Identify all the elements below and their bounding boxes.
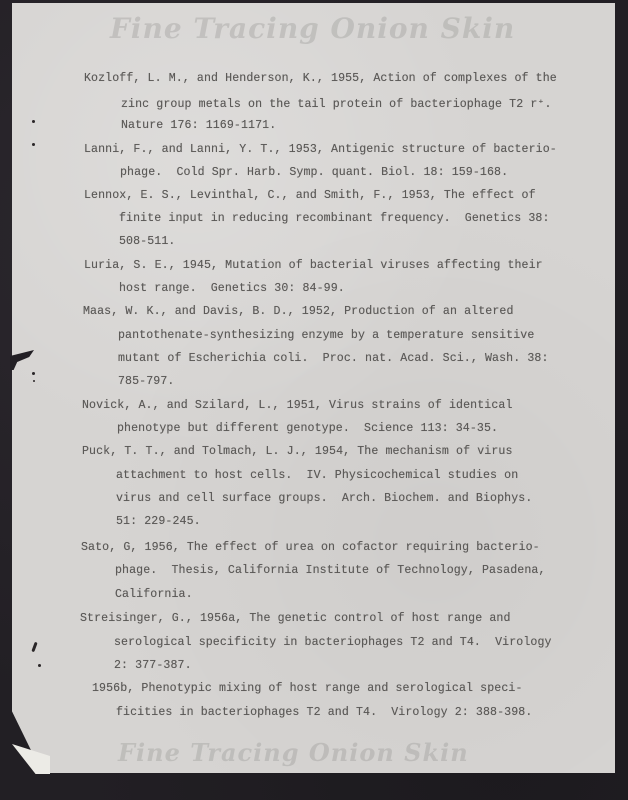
ink-mark [32, 120, 35, 123]
reference-line: Lennox, E. S., Levinthal, C., and Smith,… [84, 189, 536, 202]
reference-line: 51: 229-245. [116, 515, 201, 528]
reference-line: Streisinger, G., 1956a, The genetic cont… [80, 612, 511, 625]
ink-mark [33, 380, 35, 382]
paper-page [12, 3, 615, 773]
reference-line: phenotype but different genotype. Scienc… [117, 422, 498, 435]
reference-line: phage. Cold Spr. Harb. Symp. quant. Biol… [120, 166, 508, 179]
reference-line: Luria, S. E., 1945, Mutation of bacteria… [84, 259, 543, 272]
ink-mark [38, 664, 41, 667]
reference-line: virus and cell surface groups. Arch. Bio… [116, 492, 532, 505]
reference-line: Nature 176: 1169-1171. [121, 119, 276, 132]
reference-line: 2: 377-387. [114, 659, 192, 672]
reference-line: 508-511. [119, 235, 175, 248]
reference-line: ficities in bacteriophages T2 and T4. Vi… [116, 706, 532, 719]
reference-line: pantothenate-synthesizing enzyme by a te… [118, 329, 534, 342]
reference-line: Sato, G, 1956, The effect of urea on cof… [81, 541, 540, 554]
reference-line: attachment to host cells. IV. Physicoche… [116, 469, 518, 482]
reference-line: finite input in reducing recombinant fre… [119, 212, 550, 225]
reference-line: 1956b, Phenotypic mixing of host range a… [92, 682, 523, 695]
reference-line: California. [115, 588, 193, 601]
reference-line: Kozloff, L. M., and Henderson, K., 1955,… [84, 72, 557, 85]
reference-line: serological specificity in bacteriophage… [114, 636, 552, 649]
reference-line: Puck, T. T., and Tolmach, L. J., 1954, T… [82, 445, 513, 458]
ink-mark [32, 143, 35, 146]
reference-line: Lanni, F., and Lanni, Y. T., 1953, Antig… [84, 143, 557, 156]
reference-line: host range. Genetics 30: 84-99. [119, 282, 345, 295]
reference-line: zinc group metals on the tail protein of… [121, 96, 552, 111]
reference-line: 785-797. [118, 375, 174, 388]
reference-line: phage. Thesis, California Institute of T… [115, 564, 546, 577]
ink-mark [32, 372, 35, 375]
paper-watermark-bottom: Fine Tracing Onion Skin [118, 738, 469, 767]
reference-line: Maas, W. K., and Davis, B. D., 1952, Pro… [83, 305, 514, 318]
paper-watermark-top: Fine Tracing Onion Skin [110, 12, 515, 45]
reference-line: mutant of Escherichia coli. Proc. nat. A… [118, 352, 549, 365]
reference-line: Novick, A., and Szilard, L., 1951, Virus… [82, 399, 513, 412]
